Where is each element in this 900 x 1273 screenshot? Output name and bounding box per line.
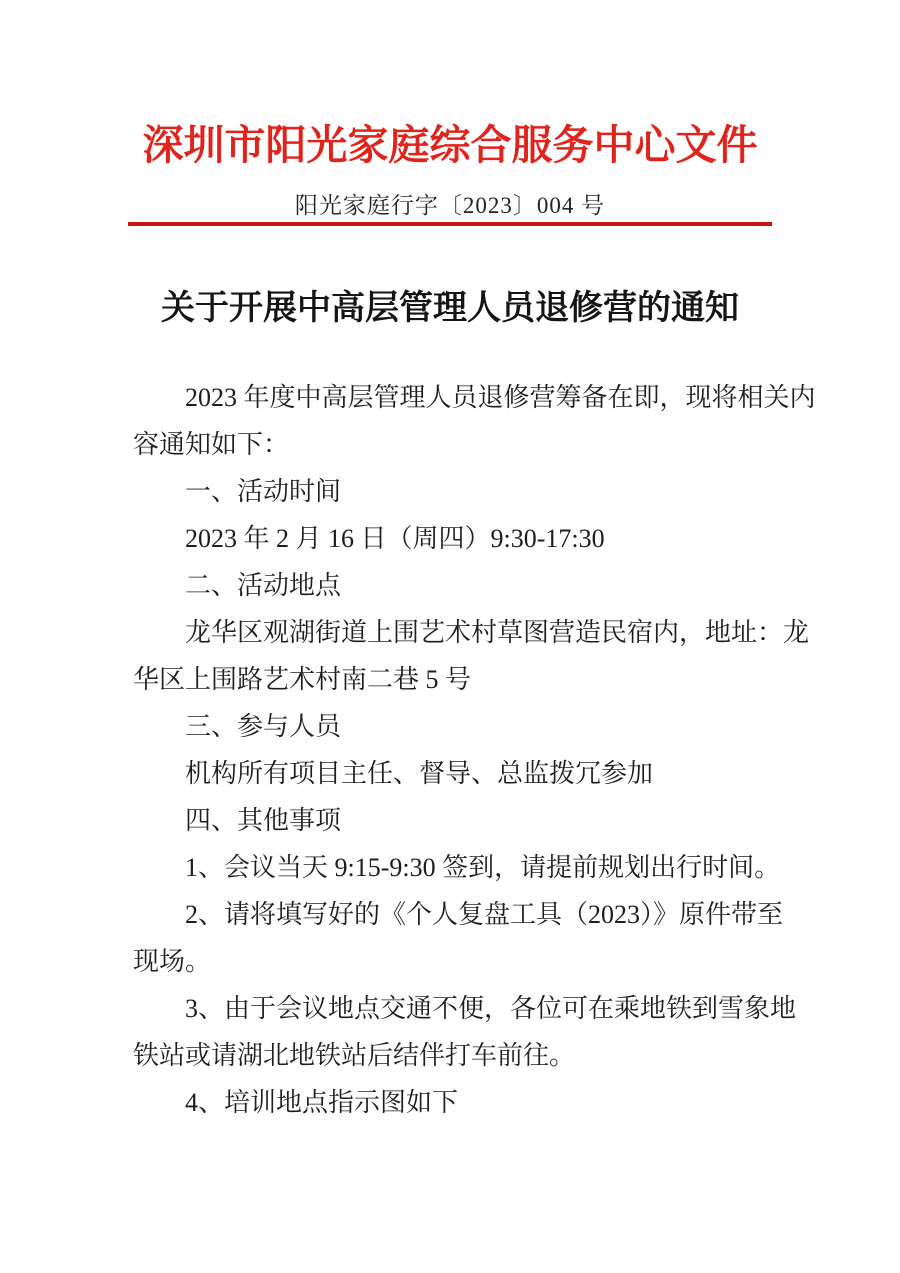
body-line: 容通知如下： [133,421,813,468]
body-line: 1、会议当天 9:15-9:30 签到，请提前规划出行时间。 [133,844,813,891]
body-line: 2023 年 2 月 16 日（周四）9:30-17:30 [133,515,813,562]
body-line: 机构所有项目主任、督导、总监拨冗参加 [133,750,813,797]
body-line: 龙华区观湖街道上围艺术村草图营造民宿内，地址：龙 [133,609,813,656]
document-page: 深圳市阳光家庭综合服务中心文件 阳光家庭行字〔2023〕004 号 关于开展中高… [0,0,900,1273]
org-header-title: 深圳市阳光家庭综合服务中心文件 [0,112,900,171]
body-line: 2、请将填写好的《个人复盘工具（2023）》原件带至 [133,891,813,938]
body-line: 铁站或请湖北地铁站后结伴打车前往。 [133,1032,813,1079]
body-line: 华区上围路艺术村南二巷 5 号 [133,656,813,703]
red-divider-rule [128,222,772,226]
body-line: 一、活动时间 [133,468,813,515]
body-line: 2023 年度中高层管理人员退修营筹备在即，现将相关内 [133,374,813,421]
body-line: 4、培训地点指示图如下 [133,1079,813,1126]
body-line: 现场。 [133,938,813,985]
notice-title: 关于开展中高层管理人员退修营的通知 [0,280,900,329]
body-line: 三、参与人员 [133,703,813,750]
body-line: 3、由于会议地点交通不便，各位可在乘地铁到雪象地 [133,985,813,1032]
body-line: 二、活动地点 [133,562,813,609]
document-number: 阳光家庭行字〔2023〕004 号 [0,187,900,220]
body-line: 四、其他事项 [133,797,813,844]
notice-body: 2023 年度中高层管理人员退修营筹备在即，现将相关内 容通知如下： 一、活动时… [133,374,813,1126]
